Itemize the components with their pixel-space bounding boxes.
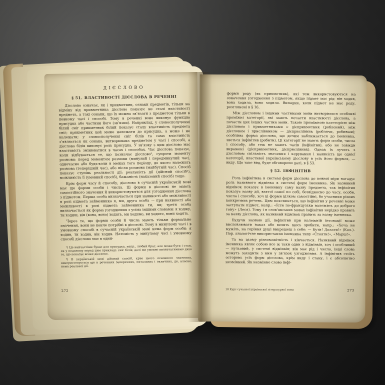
section-heading-52: § 52. ІНФІНІТИВ bbox=[226, 168, 355, 173]
body-paragraph: Та на цьому різноманітність і кінчається… bbox=[226, 238, 355, 266]
body-paragraph: Через те, що форми особи й числа мають т… bbox=[60, 218, 191, 242]
body-paragraph: Між дієсловом і іншими частинами мови ви… bbox=[226, 111, 355, 166]
right-page: форми роду (як прикметник), які теж вико… bbox=[198, 74, 367, 322]
running-head: ДІЄСЛОВО bbox=[58, 85, 189, 91]
body-paragraph: Роль інфінітива в системі форм дієслова … bbox=[226, 176, 355, 217]
page-number-left: 272 bbox=[61, 287, 192, 293]
body-paragraph: Крім форм часу й способу, дієслово в суч… bbox=[60, 180, 191, 218]
footnote: ¹) Це найчастіше буває для присудка, нап… bbox=[61, 245, 192, 258]
body-paragraph: Дієслово означає, як і прикметник, ознак… bbox=[59, 102, 191, 180]
right-page-text: форми роду (як прикметник), які теж вико… bbox=[226, 92, 356, 267]
page-number-right: 273 bbox=[347, 288, 354, 293]
photo-of-open-book: ДІЄСЛОВО § 51. ВЛАСТИВОСТІ ДІЄСЛОВА В РЕ… bbox=[0, 0, 385, 385]
section-heading-51: § 51. ВЛАСТИВОСТІ ДІЄСЛОВА В РЕЧЕННІ bbox=[59, 94, 190, 100]
left-page-text: ДІЄСЛОВО § 51. ВЛАСТИВОСТІ ДІЄСЛОВА В РЕ… bbox=[58, 85, 192, 270]
left-page: ДІЄСЛОВО § 51. ВЛАСТИВОСТІ ДІЄСЛОВА В РЕ… bbox=[44, 72, 200, 320]
body-paragraph: Будучи назвою дії, інфінітив при належні… bbox=[226, 218, 355, 237]
footer-signature: 18 Курс сучасної української літературно… bbox=[225, 288, 293, 293]
right-page-footer: 18 Курс сучасної української літературно… bbox=[225, 288, 354, 293]
footnote: ²) В українській мові дійсний спосіб, кр… bbox=[61, 256, 192, 269]
body-paragraph: форми роду (як прикметник), які теж вико… bbox=[227, 92, 356, 111]
footnotes: ¹) Це найчастіше буває для присудка, нап… bbox=[61, 244, 192, 269]
